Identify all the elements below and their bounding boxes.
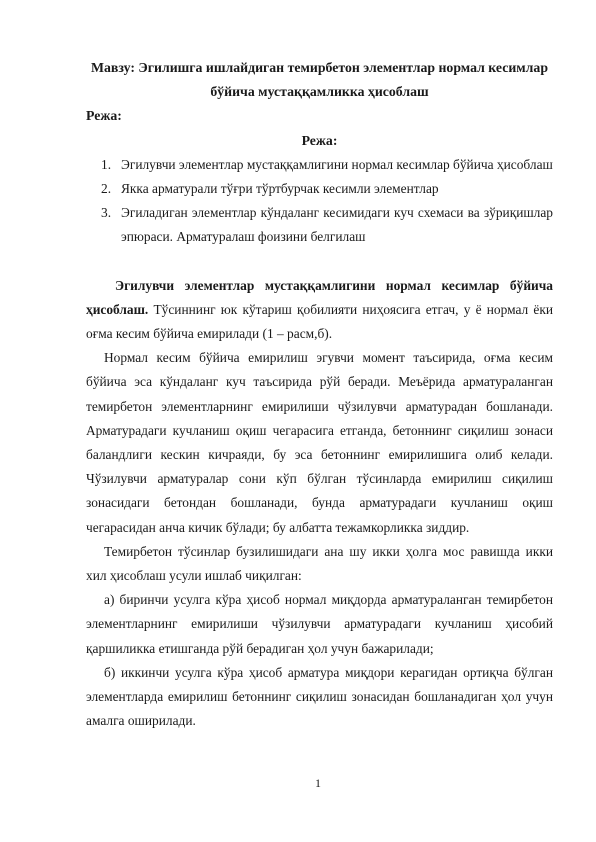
plan-label: Режа: (86, 104, 553, 128)
plan-item: 1. Эгилувчи элементлар мустаққамлигини н… (86, 153, 553, 177)
plan-item-number: 1. (101, 153, 111, 177)
plan-list: 1. Эгилувчи элементлар мустаққамлигини н… (86, 153, 553, 250)
paragraph: Темирбетон тўсинлар бузилишидаги ана шу … (86, 540, 553, 588)
plan-item-number: 2. (101, 177, 111, 201)
document-page: Мавзу: Эгилишга ишлайдиган темирбетон эл… (86, 56, 553, 733)
paragraph-text: Тўсиннинг юк кўтариш қобилияти ниҳоясига… (86, 302, 553, 341)
page-number: 1 (0, 776, 596, 791)
plan-item-text: Якка арматурали тўғри тўртбурчак кесимли… (121, 181, 439, 196)
plan-item: 3. Эгиладиган элементлар кўндаланг кесим… (86, 201, 553, 249)
paragraph: Нормал кесим бўйича емирилиш эгувчи моме… (86, 346, 553, 540)
blank-line (86, 250, 553, 274)
paragraph-method-b: б) иккинчи усулга кўра ҳисоб арматура ми… (86, 661, 553, 734)
paragraph-method-a: а) биринчи усулга кўра ҳисоб нормал миқд… (86, 588, 553, 661)
paragraph-intro: Эгилувчи элементлар мустаққамлигини норм… (86, 274, 553, 347)
plan-item-text: Эгилувчи элементлар мустаққамлигини норм… (121, 157, 553, 172)
plan-item-text: Эгиладиган элементлар кўндаланг кесимида… (121, 205, 553, 244)
plan-heading: Режа: (86, 129, 553, 153)
plan-item: 2. Якка арматурали тўғри тўртбурчак кеси… (86, 177, 553, 201)
plan-item-number: 3. (101, 201, 111, 225)
document-title: Мавзу: Эгилишга ишлайдиган темирбетон эл… (86, 56, 553, 104)
